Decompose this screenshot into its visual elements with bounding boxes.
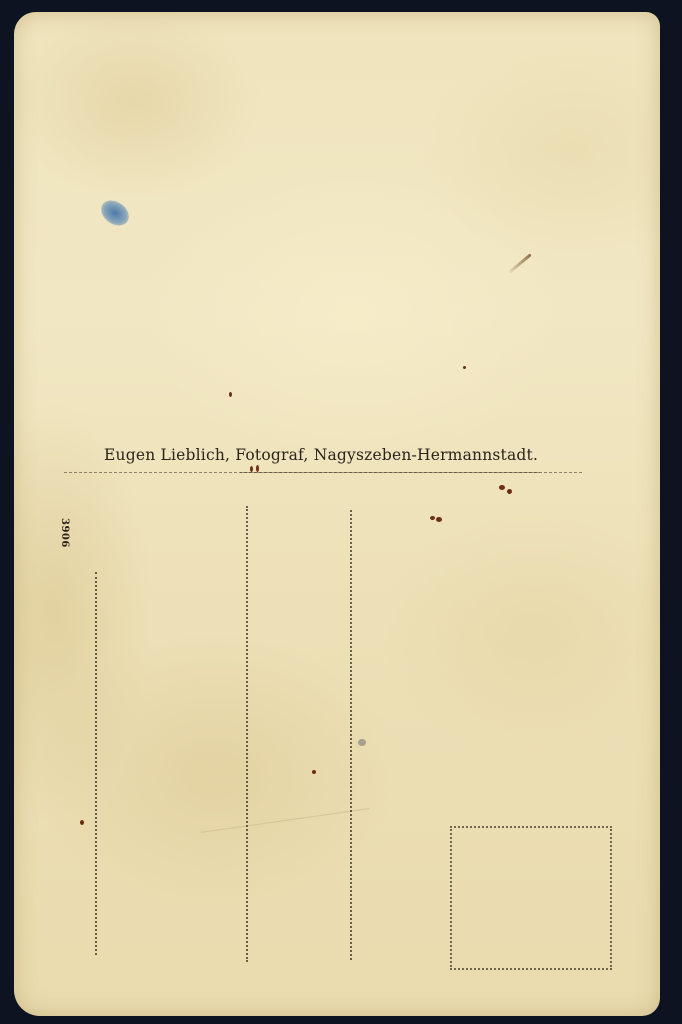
stamp-placement-box (450, 826, 612, 970)
rust-spot (463, 366, 466, 369)
photographer-imprint: Eugen Lieblich, Fotograf, Nagyszeben-Her… (104, 446, 538, 464)
rust-spot (430, 516, 435, 520)
rust-spot (507, 489, 512, 494)
rust-spot (80, 820, 84, 825)
address-line-dotted-3 (350, 510, 352, 960)
divider-line-solid (240, 472, 540, 473)
address-line-dotted-2 (246, 506, 248, 962)
rust-spot (256, 465, 259, 472)
rust-spot (436, 517, 442, 522)
grey-spot (358, 739, 366, 746)
serial-number: 3906 (59, 518, 70, 548)
address-line-dotted-1 (95, 572, 97, 955)
rust-spot (229, 392, 232, 397)
rust-spot (499, 485, 505, 490)
rust-spot (312, 770, 316, 774)
